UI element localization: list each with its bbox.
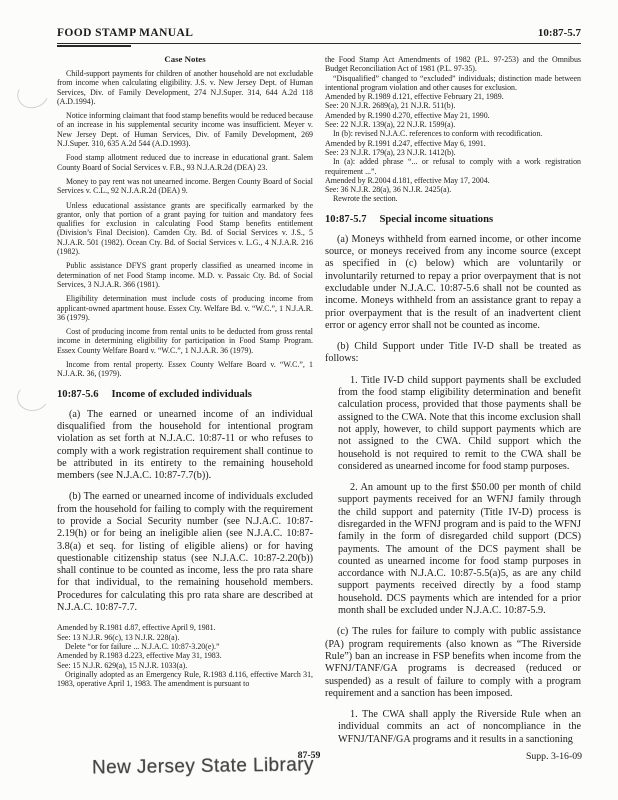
body-paragraph: (c) The rules for failure to comply with… bbox=[325, 626, 581, 700]
amendment-history: the Food Stamp Act Amendments of 1982 (P… bbox=[325, 55, 581, 204]
scanned-manual-page: FOOD STAMP MANUAL 10:87-5.7 Case Notes C… bbox=[0, 0, 618, 800]
body-paragraph: (b) Child Support under Title IV-D shall… bbox=[325, 341, 581, 366]
body-subparagraph: 1. Title IV-D child support payments sha… bbox=[338, 375, 581, 473]
history-line: Originally adopted as an Emergency Rule,… bbox=[57, 670, 313, 689]
case-notes-heading: Case Notes bbox=[57, 54, 313, 64]
history-line: Amended by R.1990 d.270, effective May 2… bbox=[325, 111, 581, 120]
section-heading-10-87-5-6: 10:87-5.6Income of excluded individuals bbox=[57, 389, 313, 400]
section-number: 10:87-5.6 bbox=[57, 389, 99, 400]
binder-ring-mark bbox=[15, 380, 51, 413]
section-title: Income of excluded individuals bbox=[112, 389, 252, 400]
history-line: See: 20 N.J.R. 2689(a), 21 N.J.R. 511(b)… bbox=[325, 101, 581, 110]
case-note: Unless educational assistance grants are… bbox=[57, 201, 313, 257]
body-paragraph: (b) The earned or unearned income of ind… bbox=[57, 491, 313, 614]
right-column: the Food Stamp Act Amendments of 1982 (P… bbox=[325, 53, 581, 755]
header-rule-accent bbox=[57, 45, 131, 47]
section-reference: 10:87-5.7 bbox=[538, 27, 581, 39]
history-line: Amended by R.1989 d.121, effective Febru… bbox=[325, 92, 581, 101]
history-line: In (b): revised N.J.A.C. references to c… bbox=[325, 129, 581, 138]
body-paragraph: (a) The earned or unearned income of an … bbox=[57, 409, 313, 483]
case-note: Food stamp allotment reduced due to incr… bbox=[57, 153, 313, 172]
manual-title: FOOD STAMP MANUAL bbox=[57, 27, 193, 39]
body-subparagraph: 1. The CWA shall apply the Riverside Rul… bbox=[338, 709, 581, 746]
page-body: Case Notes Child-support payments for ch… bbox=[57, 53, 581, 755]
history-line: See: 15 N.J.R. 629(a), 15 N.J.R. 1033(a)… bbox=[57, 661, 313, 670]
left-column: Case Notes Child-support payments for ch… bbox=[57, 53, 313, 755]
case-note: Notice informing claimant that food stam… bbox=[57, 111, 313, 148]
history-line: In (a): added phrase “... or refusal to … bbox=[325, 157, 581, 176]
body-subparagraph: 2. An amount up to the first $50.00 per … bbox=[338, 482, 581, 617]
history-line: Amended by R.2004 d.181, effective May 1… bbox=[325, 176, 581, 185]
section-heading-10-87-5-7: 10:87-5.7Special income situations bbox=[325, 214, 581, 225]
history-line: See: 22 N.J.R. 139(a), 22 N.J.R. 1599(a)… bbox=[325, 120, 581, 129]
section-number: 10:87-5.7 bbox=[325, 214, 367, 225]
history-line: See: 23 N.J.R. 179(a), 23 N.J.R. 1412(b)… bbox=[325, 148, 581, 157]
page-header: FOOD STAMP MANUAL 10:87-5.7 bbox=[57, 27, 581, 39]
history-line: Amended by R.1991 d.247, effective May 6… bbox=[325, 139, 581, 148]
amendment-history: Amended by R.1981 d.87, effective April … bbox=[57, 623, 313, 688]
history-line: “Disqualified” changed to “excluded” ind… bbox=[325, 74, 581, 93]
case-note: Child-support payments for children of a… bbox=[57, 69, 313, 106]
history-line: Rewrote the section. bbox=[325, 194, 581, 203]
history-line: Amended by R.1983 d.223, effective May 3… bbox=[57, 651, 313, 660]
history-line: See: 36 N.J.R. 28(a), 36 N.J.R. 2425(a). bbox=[325, 185, 581, 194]
case-note: Money to pay rent was not unearned incom… bbox=[57, 177, 313, 196]
case-note: Cost of producing income from rental uni… bbox=[57, 327, 313, 355]
section-title: Special income situations bbox=[380, 214, 494, 225]
supplement-date: Supp. 3-16-09 bbox=[526, 751, 582, 762]
case-note: Income from rental property. Essex Count… bbox=[57, 360, 313, 379]
history-line: Amended by R.1981 d.87, effective April … bbox=[57, 623, 313, 632]
history-line: Delete “or for failure ... N.J.A.C. 10:8… bbox=[57, 642, 313, 651]
case-note: Public assistance DFYS grant properly cl… bbox=[57, 261, 313, 289]
history-line: See: 13 N.J.R. 96(c), 13 N.J.R. 228(a). bbox=[57, 633, 313, 642]
history-line: the Food Stamp Act Amendments of 1982 (P… bbox=[325, 55, 581, 74]
case-note: Eligibility determination must include c… bbox=[57, 294, 313, 322]
body-paragraph: (a) Moneys withheld from earned income, … bbox=[325, 234, 581, 332]
binder-ring-mark bbox=[13, 75, 53, 113]
header-rule bbox=[57, 43, 581, 44]
